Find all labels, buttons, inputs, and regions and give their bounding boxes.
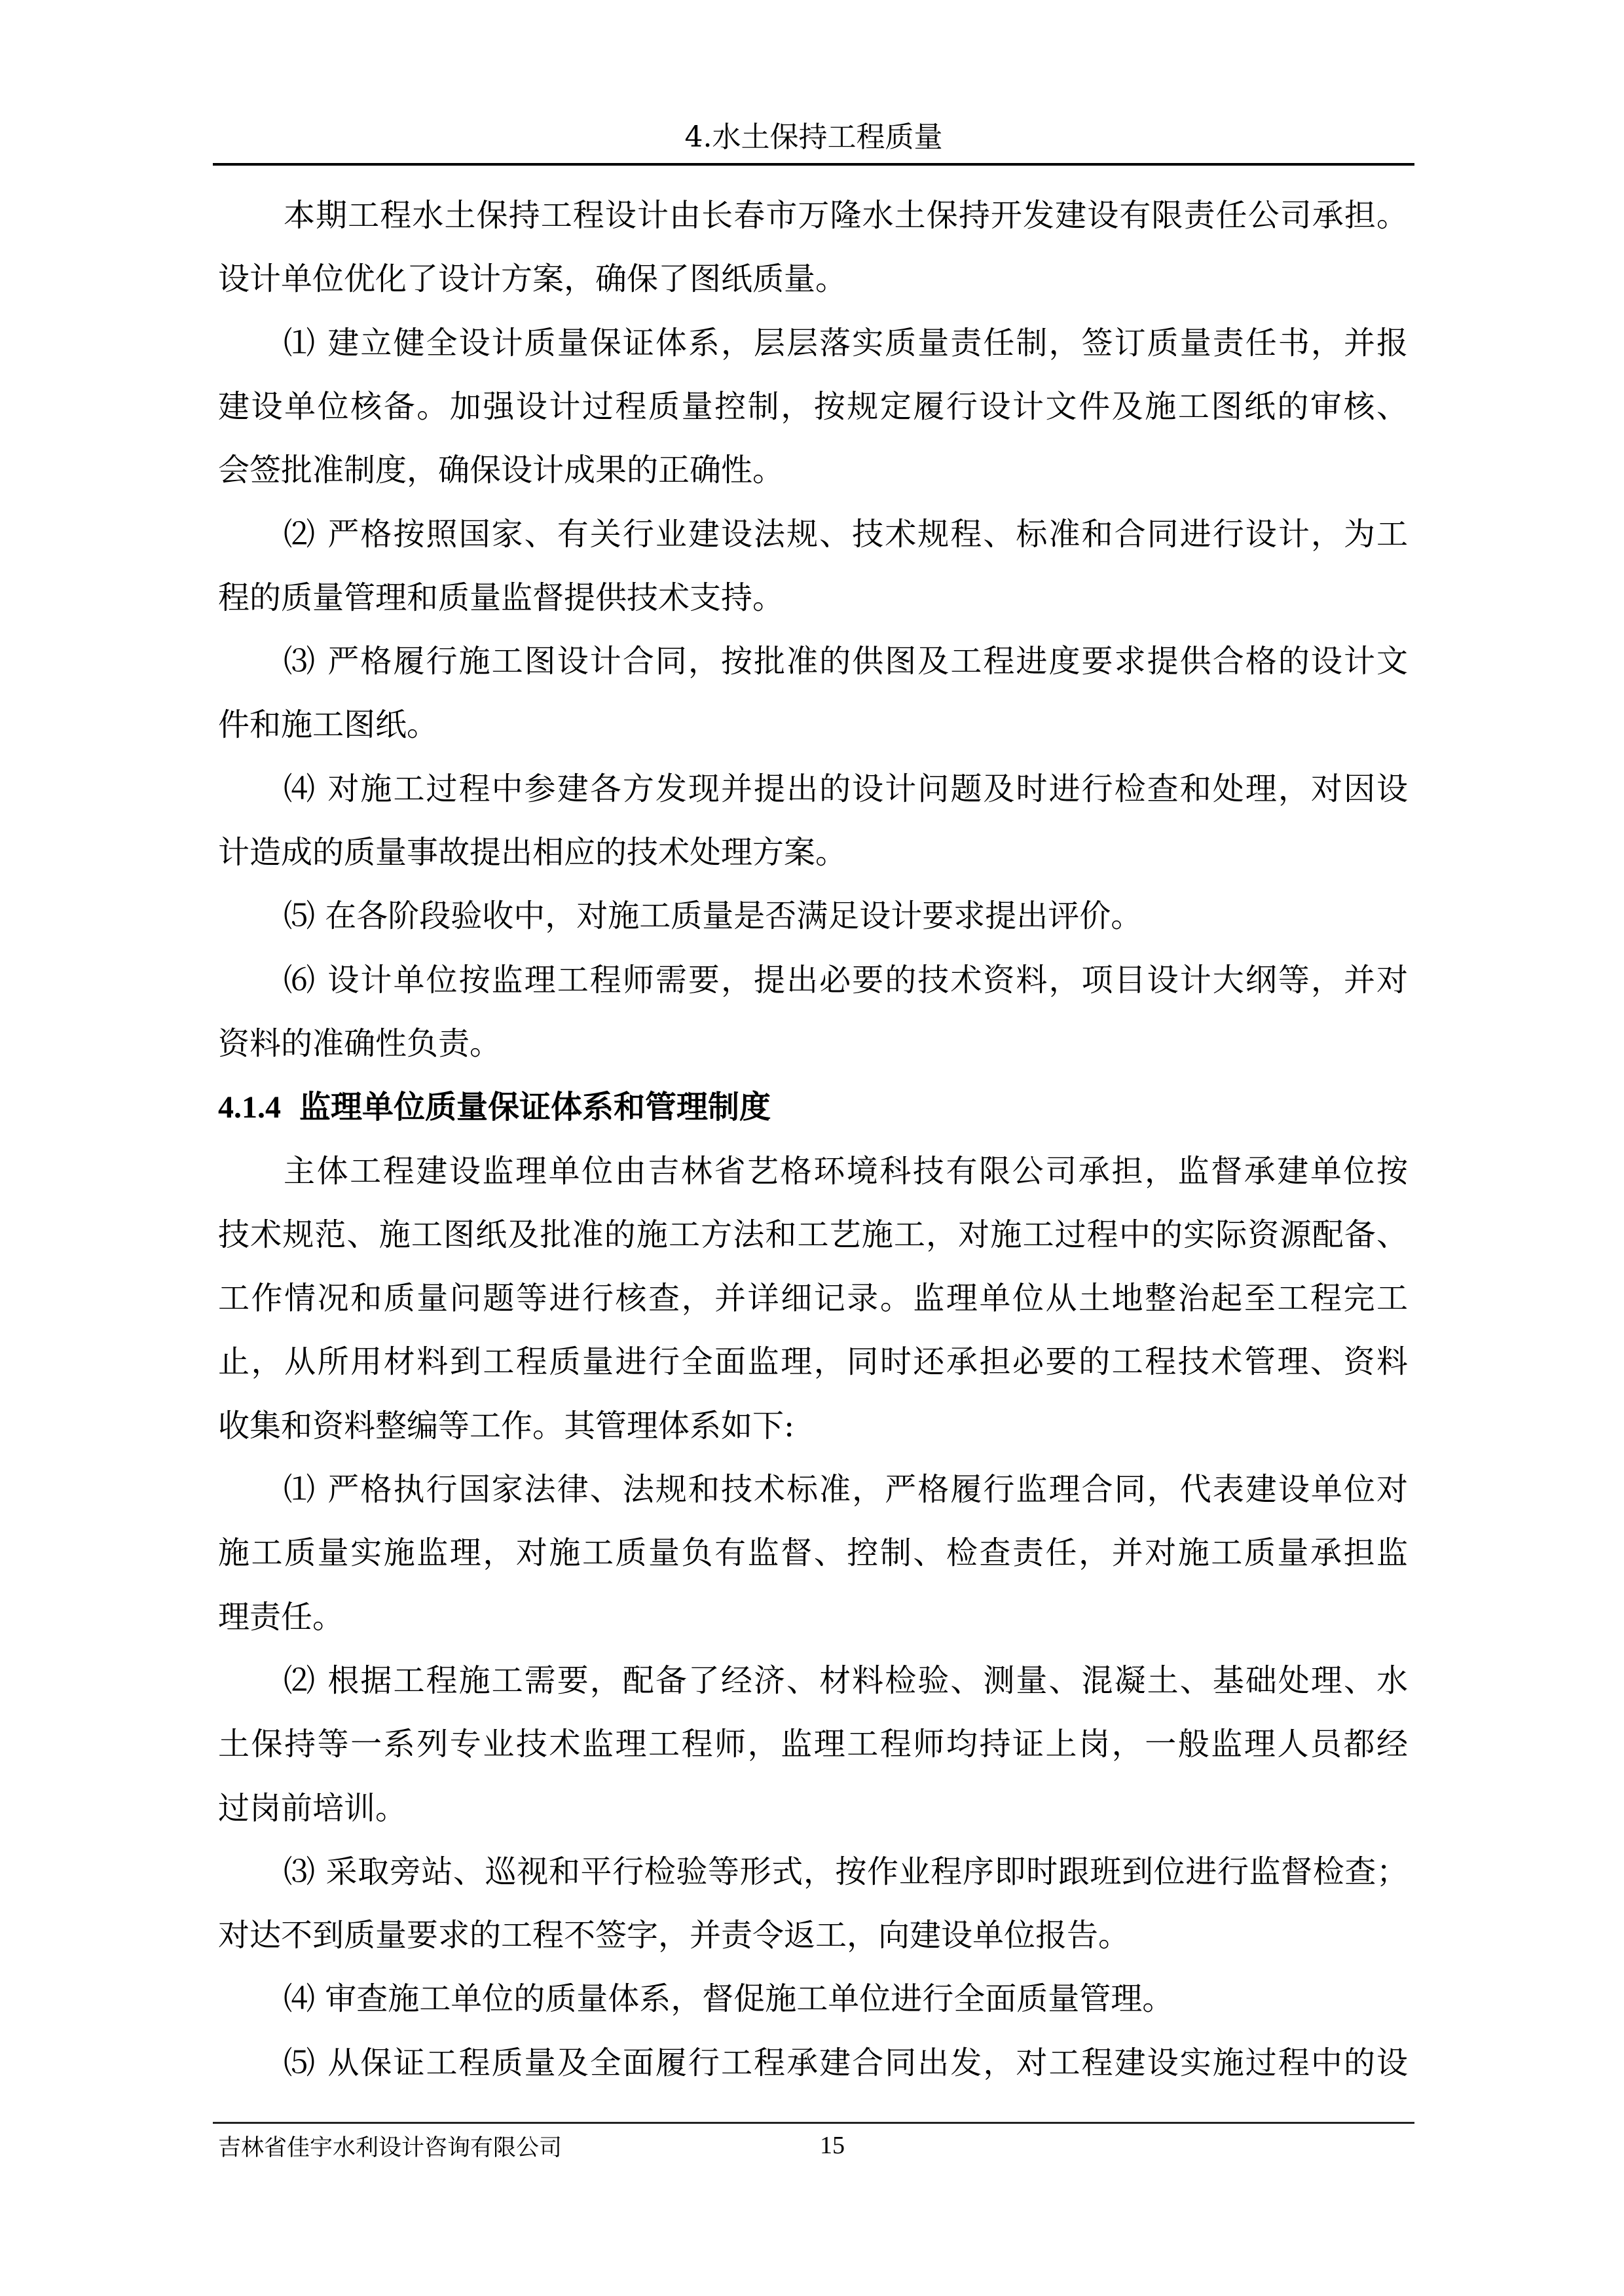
paragraph-line: 设计单位优化了设计方案，确保了图纸质量。: [218, 258, 1408, 300]
paragraph-line: 对达不到质量要求的工程不签字，并责令返工，向建设单位报告。: [218, 1914, 1408, 1956]
section-number: 4.1.4: [218, 1090, 281, 1125]
section-title: 监理单位质量保证体系和管理制度: [299, 1089, 771, 1125]
paragraph-line: 技术规范、施工图纸及批准的施工方法和工艺施工，对施工过程中的实际资源配备、: [218, 1214, 1408, 1256]
paragraph-first-line: ⑵ 严格按照国家、有关行业建设法规、技术规程、标准和合同进行设计，为工: [284, 513, 1408, 555]
paragraph-first-line: 本期工程水土保持工程设计由长春市万隆水土保持开发建设有限责任公司承担。: [284, 194, 1408, 236]
page-number: 15: [820, 2129, 845, 2162]
running-header-title: 4.水土保持工程质量: [213, 119, 1414, 156]
document-page: 4.水土保持工程质量 本期工程水土保持工程设计由长春市万隆水土保持开发建设有限责…: [0, 0, 1624, 2296]
paragraph-line: 会签批准制度，确保设计成果的正确性。: [218, 449, 1408, 491]
paragraph-first-line: ⑴ 建立健全设计质量保证体系，层层落实质量责任制，签订质量责任书，并报: [284, 322, 1408, 364]
footer-company-name: 吉林省佳宇水利设计咨询有限公司: [218, 2132, 562, 2164]
paragraph-line: 资料的准确性负责。: [218, 1023, 1408, 1065]
paragraph-line: 建设单位核备。加强设计过程质量控制，按规定履行设计文件及施工图纸的审核、: [218, 386, 1408, 428]
paragraph-first-line: ⑶ 严格履行施工图设计合同，按批准的供图及工程进度要求提供合格的设计文: [284, 640, 1408, 682]
paragraph-line: 过岗前培训。: [218, 1787, 1408, 1829]
paragraph-first-line: ⑸ 在各阶段验收中，对施工质量是否满足设计要求提出评价。: [284, 895, 1408, 937]
paragraph-first-line: ⑴ 严格执行国家法律、法规和技术标准，严格履行监理合同，代表建设单位对: [284, 1468, 1408, 1510]
paragraph-first-line: ⑸ 从保证工程质量及全面履行工程承建合同出发，对工程建设实施过程中的设: [284, 2042, 1408, 2084]
header-rule: [213, 163, 1414, 166]
paragraph-line: 土保持等一系列专业技术监理工程师，监理工程师均持证上岗，一般监理人员都经: [218, 1723, 1408, 1765]
paragraph-line: 件和施工图纸。: [218, 704, 1408, 746]
paragraph-line: 施工质量实施监理，对施工质量负有监督、控制、检查责任，并对施工质量承担监: [218, 1532, 1408, 1574]
paragraph-line: 工作情况和质量问题等进行核查，并详细记录。监理单位从土地整治起至工程完工: [218, 1277, 1408, 1319]
paragraph-line: 程的质量管理和质量监督提供技术支持。: [218, 577, 1408, 619]
paragraph-first-line: ⑶ 采取旁站、巡视和平行检验等形式，按作业程序即时跟班到位进行监督检查；: [284, 1851, 1408, 1893]
paragraph-line: 计造成的质量事故提出相应的技术处理方案。: [218, 831, 1408, 873]
paragraph-line: 止，从所用材料到工程质量进行全面监理，同时还承担必要的工程技术管理、资料: [218, 1341, 1408, 1383]
paragraph-line: 收集和资料整编等工作。其管理体系如下:: [218, 1405, 1408, 1447]
paragraph-first-line: ⑹ 设计单位按监理工程师需要，提出必要的技术资料，项目设计大纲等，并对: [284, 959, 1408, 1001]
paragraph-first-line: ⑵ 根据工程施工需要，配备了经济、材料检验、测量、混凝土、基础处理、水: [284, 1660, 1408, 1702]
paragraph-first-line: 主体工程建设监理单位由吉林省艺格环境科技有限公司承担，监督承建单位按: [284, 1150, 1408, 1192]
section-heading: 4.1.4监理单位质量保证体系和管理制度: [218, 1086, 1408, 1128]
paragraph-first-line: ⑷ 对施工过程中参建各方发现并提出的设计问题及时进行检查和处理，对因设: [284, 768, 1408, 810]
paragraph-first-line: ⑷ 审查施工单位的质量体系，督促施工单位进行全面质量管理。: [284, 1978, 1408, 2020]
paragraph-line: 理责任。: [218, 1596, 1408, 1638]
footer-rule: [213, 2122, 1414, 2124]
